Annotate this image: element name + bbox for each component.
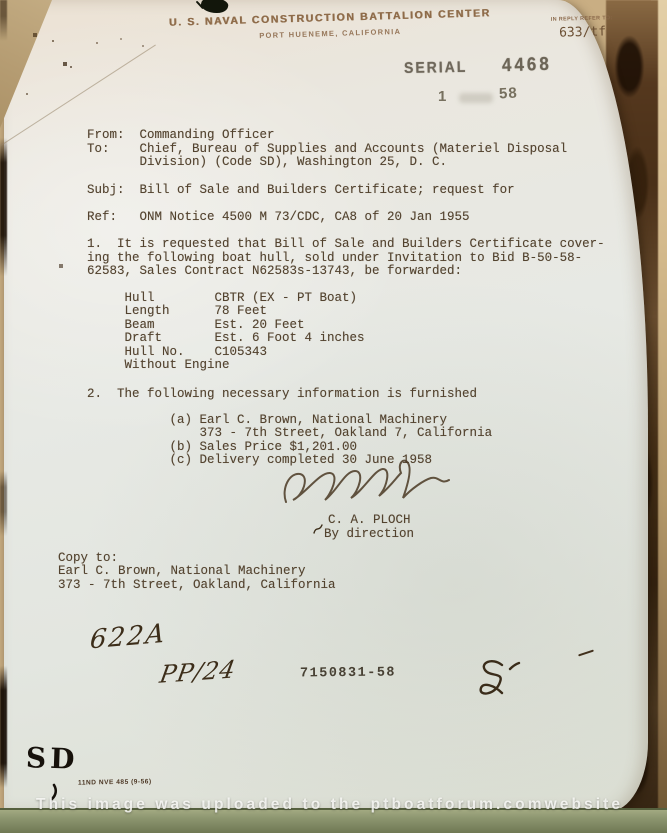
serial-stamp: SERIAL 4468	[404, 54, 552, 77]
file-reference-number: 633/tf	[559, 24, 613, 40]
from-line: From: Commanding Officer	[87, 129, 275, 142]
pen-mark-icon	[312, 523, 324, 535]
signer-name: C. A. PLOCH	[328, 514, 411, 527]
reference-line: Ref: ONM Notice 4500 M 73/CDC, CA8 of 20…	[87, 211, 470, 224]
hull-spec-hull: Hull CBTR (EX - PT Boat)	[87, 292, 357, 305]
date-stamp-year: 58	[499, 85, 519, 103]
paper-edge-left	[0, 0, 7, 812]
handwritten-note-sd: SD	[25, 741, 79, 776]
forum-watermark: This image was uploaded to the ptboatfor…	[36, 796, 623, 814]
hull-spec-beam: Beam Est. 20 Feet	[87, 319, 305, 332]
handwritten-squiggle	[468, 655, 524, 703]
form-number-stamp: 11ND NVE 485 (9-56)	[78, 778, 152, 786]
paragraph-1-line-3: 62583, Sales Contract N62583s-13743, be …	[87, 265, 462, 278]
paragraph-2-item-b: (b) Sales Price $1,201.00	[87, 441, 357, 454]
paragraph-2-item-a: (a) Earl C. Brown, National Machinery	[87, 414, 447, 427]
reply-refer-block: IN REPLY REFER TO: 633/tf	[551, 15, 614, 41]
control-number-stamp: 7150831-58	[300, 666, 396, 682]
serial-stamp-number: 4468	[501, 53, 551, 77]
scanned-letter-photo: U. S. NAVAL CONSTRUCTION BATTALION CENTE…	[0, 0, 667, 833]
subject-line: Subj: Bill of Sale and Builders Certific…	[87, 184, 515, 197]
paragraph-1-line-2: ing the following boat hull, sold under …	[87, 252, 582, 265]
letter-paper	[4, 0, 648, 812]
paragraph-1-line-1: 1. It is requested that Bill of Sale and…	[87, 238, 605, 251]
signer-title: By direction	[324, 528, 414, 541]
to-line-1: To: Chief, Bureau of Supplies and Accoun…	[87, 143, 567, 156]
paragraph-2-item-a2: 373 - 7th Street, Oakland 7, California	[87, 427, 492, 440]
copy-to-label: Copy to:	[58, 552, 118, 565]
paragraph-2-head: 2. The following necessary information i…	[87, 388, 477, 401]
paper-specks	[0, 0, 2, 2]
copy-to-address: 373 - 7th Street, Oakland, California	[58, 579, 336, 592]
date-stamp-smudge	[459, 93, 493, 103]
handwritten-note-pp24: PP/24	[158, 655, 239, 689]
to-line-2: Division) (Code SD), Washington 25, D. C…	[87, 156, 447, 169]
reply-refer-label: IN REPLY REFER TO:	[551, 15, 613, 23]
date-stamp-day: 1	[438, 88, 447, 105]
copy-to-name: Earl C. Brown, National Machinery	[58, 565, 306, 578]
hull-spec-hull-no: Hull No. C105343	[87, 346, 267, 359]
signature-scribble	[278, 458, 456, 518]
hull-spec-length: Length 78 Feet	[87, 305, 267, 318]
serial-stamp-label: SERIAL	[404, 57, 468, 76]
hull-spec-draft: Draft Est. 6 Foot 4 inches	[87, 332, 365, 345]
hull-spec-engine: Without Engine	[87, 359, 230, 372]
